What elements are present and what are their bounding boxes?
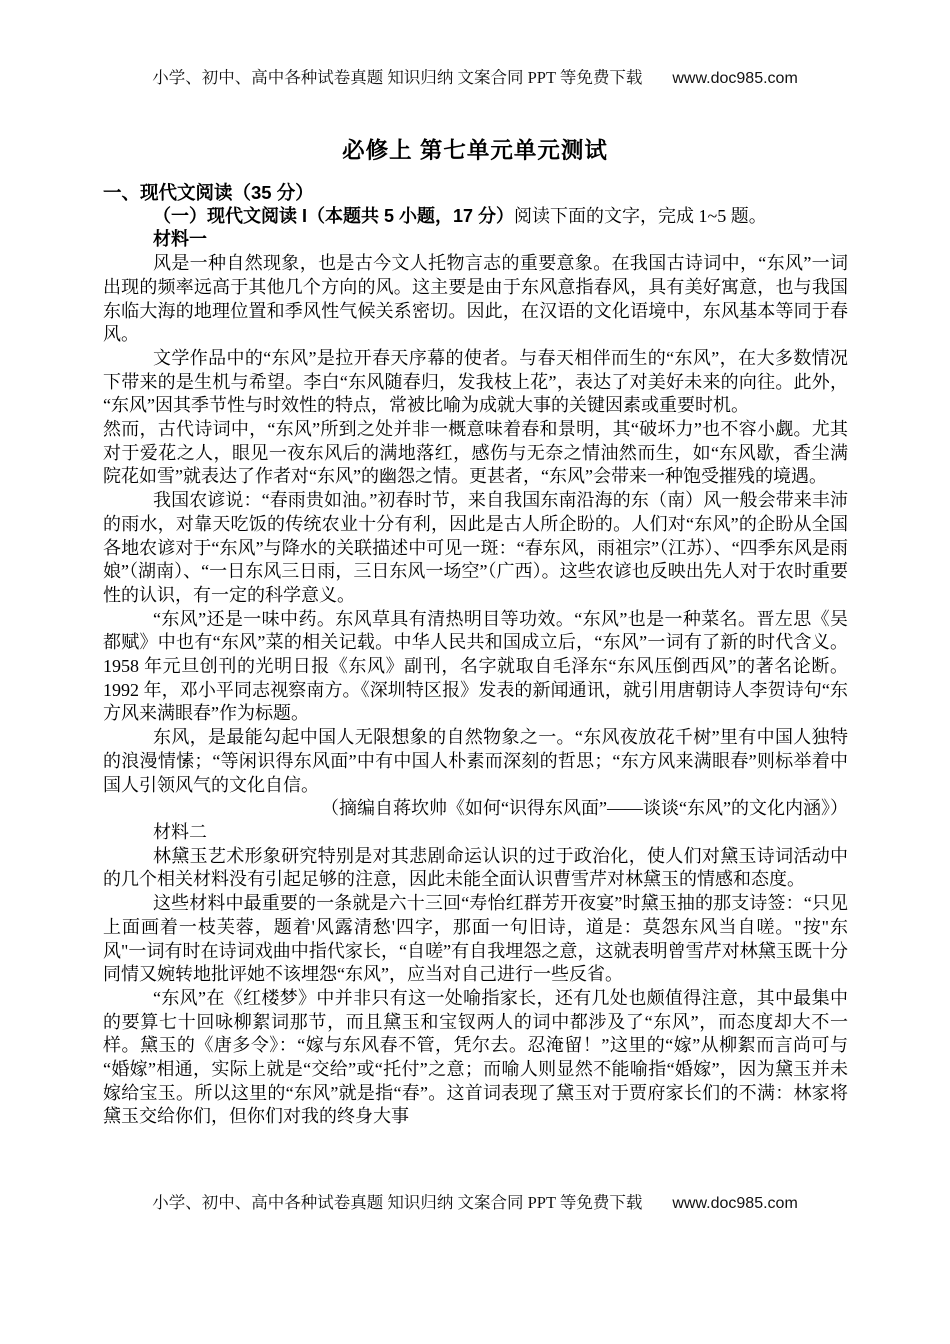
paragraph-material2-1: 林黛玉艺术形象研究特别是对其悲剧命运认识的过于政治化，使人们对黛玉诗词活动中的几… (103, 845, 848, 892)
material-one-label: 材料一 (103, 228, 848, 252)
header-site-url: www.doc985.com (672, 68, 797, 89)
subsection-heading: （一）现代文阅读 I（本题共 5 小题，17 分） (153, 206, 514, 226)
page-footer: 小学、初中、高中各种试卷真题 知识归纳 文案合同 PPT 等免费下载 www.d… (0, 1192, 950, 1214)
reading-instruction: 阅读下面的文字，完成 1~5 题。 (514, 206, 767, 226)
subsection-line: （一）现代文阅读 I（本题共 5 小题，17 分）阅读下面的文字，完成 1~5 … (103, 205, 848, 229)
page-header: 小学、初中、高中各种试卷真题 知识归纳 文案合同 PPT 等免费下载 www.d… (0, 67, 950, 89)
paragraph-material1-6: 东风，是最能勾起中国人无限想象的自然物象之一。“东风夜放花千树”里有中国人独特的… (103, 726, 848, 797)
attribution-line: （摘编自蒋坎帅《如何“识得东风面”——谈谈“东风”的文化内涵》） (103, 797, 848, 821)
section-heading: 一、现代文阅读（35 分） (103, 181, 848, 205)
document-body: 一、现代文阅读（35 分） （一）现代文阅读 I（本题共 5 小题，17 分）阅… (103, 181, 848, 1129)
paragraph-material1-2: 文学作品中的“东风”是拉开春天序幕的使者。与春天相伴而生的“东风”，在大多数情况… (103, 347, 848, 418)
document-page: 小学、初中、高中各种试卷真题 知识归纳 文案合同 PPT 等免费下载 www.d… (0, 0, 950, 1344)
footer-promo-text: 小学、初中、高中各种试卷真题 知识归纳 文案合同 PPT 等免费下载 (152, 1192, 642, 1213)
paragraph-material1-4: 我国农谚说：“春雨贵如油。”初春时节，来自我国东南沿海的东（南）风一般会带来丰沛… (103, 489, 848, 608)
paragraph-material2-2: 这些材料中最重要的一条就是六十三回“寿怡红群芳开夜宴”时黛玉抽的那支诗签：“只见… (103, 892, 848, 987)
document-title: 必修上 第七单元单元测试 (0, 137, 950, 165)
paragraph-material1-5: “东风”还是一味中药。东风草具有清热明目等功效。“东风”也是一种菜名。晋左思《吴… (103, 608, 848, 727)
paragraph-material1-3: 然而，古代诗词中，“东风”所到之处并非一概意味着春和景明，其“破坏力”也不容小觑… (103, 418, 848, 489)
header-promo-text: 小学、初中、高中各种试卷真题 知识归纳 文案合同 PPT 等免费下载 (152, 67, 642, 88)
paragraph-material2-3: “东风”在《红楼梦》中并非只有这一处喻指家长，还有几处也颇值得注意，其中最集中的… (103, 987, 848, 1129)
material-two-label: 材料二 (103, 821, 848, 845)
paragraph-material1-1: 风是一种自然现象，也是古今文人托物言志的重要意象。在我国古诗词中，“东风”一词出… (103, 252, 848, 347)
footer-site-url: www.doc985.com (672, 1193, 797, 1214)
